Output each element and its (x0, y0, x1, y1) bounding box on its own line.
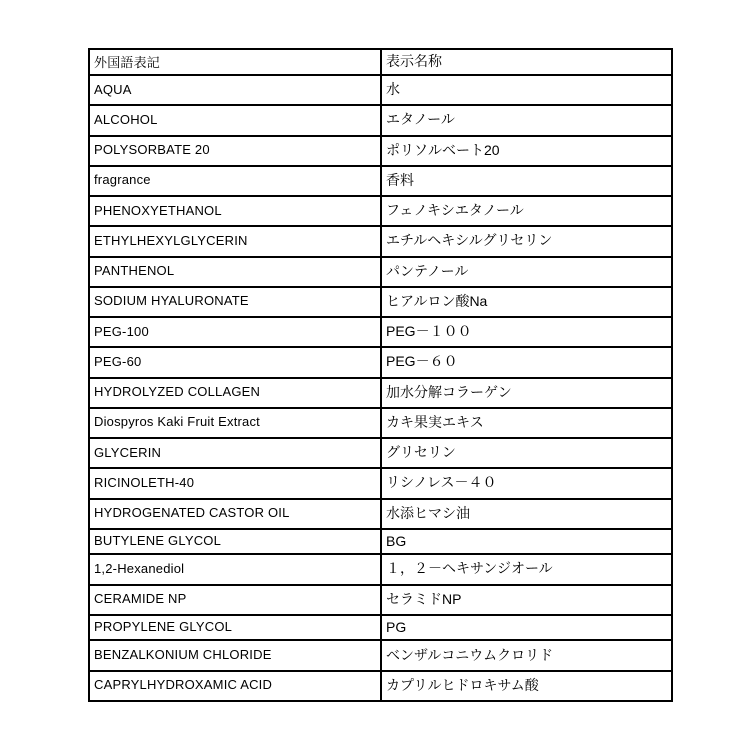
display-name-cell: PEG－６０ (381, 347, 672, 377)
display-name-cell: カキ果実エキス (381, 408, 672, 438)
foreign-name-cell: PEG-60 (89, 347, 381, 377)
foreign-name-cell: CAPRYLHYDROXAMIC ACID (89, 671, 381, 701)
foreign-name-cell: PEG-100 (89, 317, 381, 347)
foreign-name-cell: GLYCERIN (89, 438, 381, 468)
table-row: BENZALKONIUM CHLORIDEベンザルコニウムクロリド (89, 640, 672, 670)
foreign-name-cell: HYDROLYZED COLLAGEN (89, 378, 381, 408)
header-foreign-language: 外国語表記 (89, 49, 381, 75)
table-row: CAPRYLHYDROXAMIC ACIDカプリルヒドロキサム酸 (89, 671, 672, 701)
display-name-cell: ヒアルロン酸Na (381, 287, 672, 317)
foreign-name-cell: 1,2-Hexanediol (89, 554, 381, 584)
display-name-cell: パンテノール (381, 257, 672, 287)
display-name-cell: リシノレス－４０ (381, 468, 672, 498)
foreign-name-cell: ALCOHOL (89, 105, 381, 135)
ingredient-table: 外国語表記 表示名称 AQUA水ALCOHOLエタノールPOLYSORBATE … (88, 48, 673, 702)
table-row: SODIUM HYALURONATEヒアルロン酸Na (89, 287, 672, 317)
foreign-name-cell: POLYSORBATE 20 (89, 136, 381, 166)
table-row: fragrance香料 (89, 166, 672, 196)
table-row: HYDROGENATED CASTOR OIL水添ヒマシ油 (89, 499, 672, 529)
display-name-cell: グリセリン (381, 438, 672, 468)
table-row: CERAMIDE NPセラミドNP (89, 585, 672, 615)
ingredient-table-body: AQUA水ALCOHOLエタノールPOLYSORBATE 20ポリソルベート20… (89, 75, 672, 701)
display-name-cell: ポリソルベート20 (381, 136, 672, 166)
table-row: PEG-100PEG－１００ (89, 317, 672, 347)
display-name-cell: BG (381, 529, 672, 555)
foreign-name-cell: RICINOLETH-40 (89, 468, 381, 498)
table-row: BUTYLENE GLYCOLBG (89, 529, 672, 555)
foreign-name-cell: BENZALKONIUM CHLORIDE (89, 640, 381, 670)
table-row: AQUA水 (89, 75, 672, 105)
foreign-name-cell: AQUA (89, 75, 381, 105)
display-name-cell: エタノール (381, 105, 672, 135)
table-row: ETHYLHEXYLGLYCERINエチルヘキシルグリセリン (89, 226, 672, 256)
display-name-cell: PG (381, 615, 672, 641)
display-name-cell: エチルヘキシルグリセリン (381, 226, 672, 256)
table-row: PANTHENOLパンテノール (89, 257, 672, 287)
table-row: POLYSORBATE 20ポリソルベート20 (89, 136, 672, 166)
foreign-name-cell: HYDROGENATED CASTOR OIL (89, 499, 381, 529)
table-row: Diospyros Kaki Fruit Extractカキ果実エキス (89, 408, 672, 438)
foreign-name-cell: fragrance (89, 166, 381, 196)
display-name-cell: ベンザルコニウムクロリド (381, 640, 672, 670)
header-display-name: 表示名称 (381, 49, 672, 75)
foreign-name-cell: BUTYLENE GLYCOL (89, 529, 381, 555)
display-name-cell: 水 (381, 75, 672, 105)
display-name-cell: セラミドNP (381, 585, 672, 615)
ingredient-table-header: 外国語表記 表示名称 (89, 49, 672, 75)
foreign-name-cell: CERAMIDE NP (89, 585, 381, 615)
table-row: PEG-60PEG－６０ (89, 347, 672, 377)
header-row: 外国語表記 表示名称 (89, 49, 672, 75)
table-row: PHENOXYETHANOLフェノキシエタノール (89, 196, 672, 226)
display-name-cell: フェノキシエタノール (381, 196, 672, 226)
table-row: 1,2-Hexanediol１，２－ヘキサンジオール (89, 554, 672, 584)
display-name-cell: １，２－ヘキサンジオール (381, 554, 672, 584)
display-name-cell: 加水分解コラーゲン (381, 378, 672, 408)
foreign-name-cell: PANTHENOL (89, 257, 381, 287)
display-name-cell: 水添ヒマシ油 (381, 499, 672, 529)
table-row: RICINOLETH-40リシノレス－４０ (89, 468, 672, 498)
foreign-name-cell: PROPYLENE GLYCOL (89, 615, 381, 641)
display-name-cell: PEG－１００ (381, 317, 672, 347)
table-row: PROPYLENE GLYCOLPG (89, 615, 672, 641)
table-row: ALCOHOLエタノール (89, 105, 672, 135)
table-row: HYDROLYZED COLLAGEN加水分解コラーゲン (89, 378, 672, 408)
foreign-name-cell: ETHYLHEXYLGLYCERIN (89, 226, 381, 256)
foreign-name-cell: PHENOXYETHANOL (89, 196, 381, 226)
display-name-cell: 香料 (381, 166, 672, 196)
foreign-name-cell: Diospyros Kaki Fruit Extract (89, 408, 381, 438)
display-name-cell: カプリルヒドロキサム酸 (381, 671, 672, 701)
foreign-name-cell: SODIUM HYALURONATE (89, 287, 381, 317)
table-row: GLYCERINグリセリン (89, 438, 672, 468)
